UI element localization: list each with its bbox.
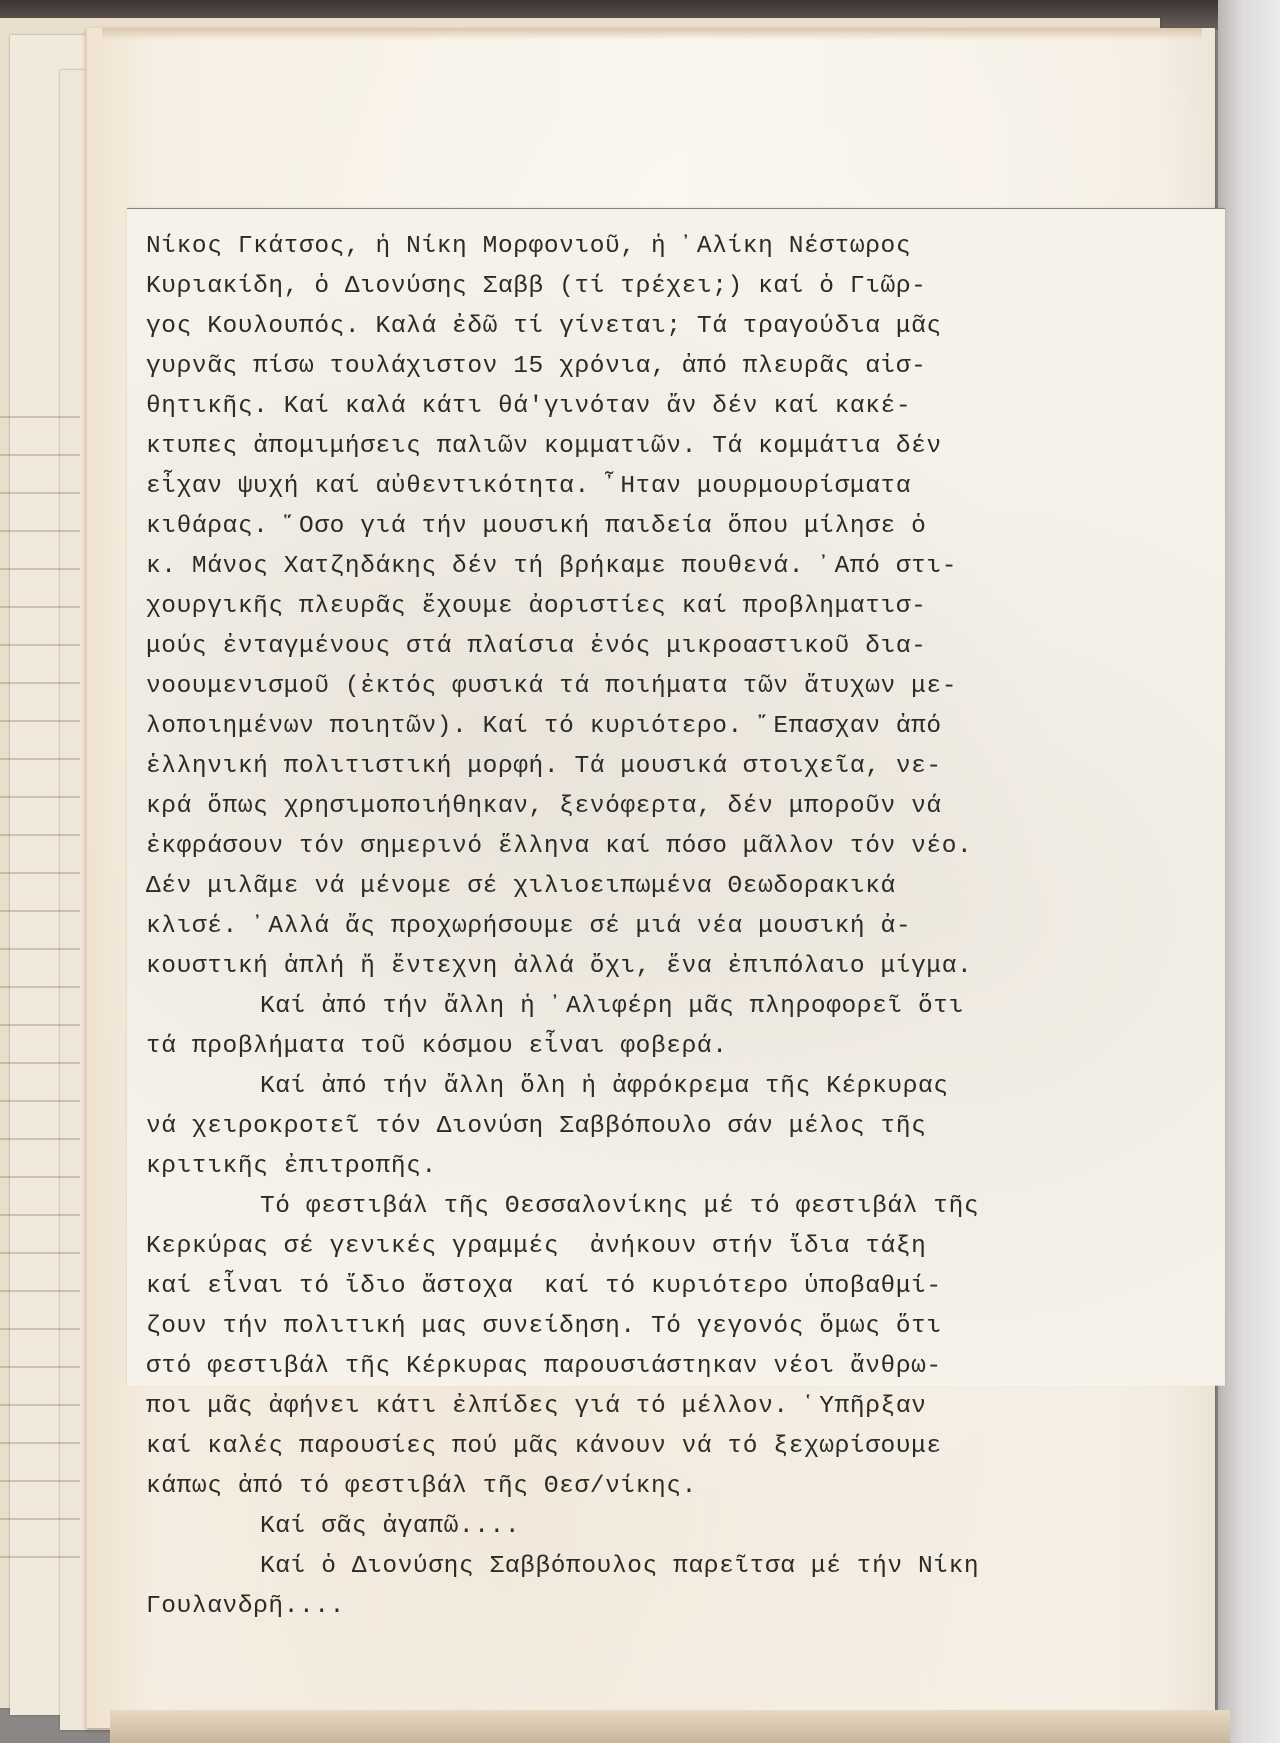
text-line: ἐκφράσουν τόν σημερινό ἕλληνα καί πόσο μ… (146, 827, 1221, 867)
text-line: κιθάρας. ῞Οσο γιά τήν μουσική παιδεία ὅπ… (146, 507, 1221, 547)
text-line: νοουμενισμοῦ (ἐκτός φυσικά τά ποιήματα τ… (146, 667, 1221, 707)
text-line: κριτικῆς ἐπιτροπῆς. (146, 1147, 1221, 1187)
text-line: ποι μᾶς ἀφήνει κάτι ἐλπίδες γιά τό μέλλο… (146, 1387, 1221, 1427)
text-line: Καί ὁ Διονύσης Σαββόπουλος παρεῖτσα μέ τ… (146, 1547, 1221, 1587)
text-line: στό φεστιβάλ τῆς Κέρκυρας παρουσιάστηκαν… (146, 1347, 1221, 1387)
text-line: κτυπες ἀπομιμήσεις παλιῶν κομματιῶν. Τά … (146, 427, 1221, 467)
sheet-stack-edges (0, 380, 80, 1580)
text-line: κάπως ἀπό τό φεστιβάλ τῆς Θεσ/νίκης. (146, 1467, 1221, 1507)
text-line: κλισέ. ᾿Αλλά ἄς προχωρήσουμε σέ μιά νέα … (146, 907, 1221, 947)
text-line: γος Κουλουπός. Καλά ἐδῶ τί γίνεται; Τά τ… (146, 307, 1221, 347)
torn-bottom-edge (110, 1710, 1230, 1743)
text-line: κ. Μάνος Χατζηδάκης δέν τή βρήκαμε πουθε… (146, 547, 1221, 587)
text-line: καί εἶναι τό ἴδιο ἄστοχα καί τό κυριότερ… (146, 1267, 1221, 1307)
torn-top-edge (102, 28, 1202, 40)
text-line: Κυριακίδη, ὁ Διονύσης Σαββ (τί τρέχει;) … (146, 267, 1221, 307)
text-line: κρά ὅπως χρησιμοποιήθηκαν, ξενόφερτα, δέ… (146, 787, 1221, 827)
typewritten-text: Νίκος Γκάτσος, ἡ Νίκη Μορφονιοῦ, ἡ ᾿Αλίκ… (146, 227, 1221, 1627)
text-line: καί καλές παρουσίες πού μᾶς κάνουν νά τό… (146, 1427, 1221, 1467)
text-line: Νίκος Γκάτσος, ἡ Νίκη Μορφονιοῦ, ἡ ᾿Αλίκ… (146, 227, 1221, 267)
text-line: νά χειροκροτεῖ τόν Διονύση Σαββόπουλο σά… (146, 1107, 1221, 1147)
text-line: μούς ἐνταγμένους στά πλαίσια ἑνός μικροα… (146, 627, 1221, 667)
text-line: Τό φεστιβάλ τῆς Θεσσαλονίκης μέ τό φεστι… (146, 1187, 1221, 1227)
text-line: Δέν μιλᾶμε νά μένομε σέ χιλιοειπωμένα Θε… (146, 867, 1221, 907)
text-line: ἑλληνική πολιτιστική μορφή. Τά μουσικά σ… (146, 747, 1221, 787)
scan-background-edge (1218, 0, 1280, 1743)
text-line: τά προβλήματα τοῦ κόσμου εἶναι φοβερά. (146, 1027, 1221, 1067)
text-line: γυρνᾶς πίσω τουλάχιστον 15 χρόνια, ἀπό π… (146, 347, 1221, 387)
text-line: θητικῆς. Καί καλά κάτι θά'γινόταν ἄν δέν… (146, 387, 1221, 427)
pasted-clipping: Νίκος Γκάτσος, ἡ Νίκη Μορφονιοῦ, ἡ ᾿Αλίκ… (127, 208, 1225, 1385)
text-line: εἶχαν ψυχή καί αὐθεντικότητα. ῏Ηταν μουρ… (146, 467, 1221, 507)
text-line: Κερκύρας σέ γενικές γραμμές ἀνήκουν στήν… (146, 1227, 1221, 1267)
text-line: Καί ἀπό τήν ἄλλη ἡ ᾿Αλιφέρη μᾶς πληροφορ… (146, 987, 1221, 1027)
text-line: ζουν τήν πολιτική μας συνείδηση. Τό γεγο… (146, 1307, 1221, 1347)
text-line: Καί ἀπό τήν ἄλλη ὅλη ἡ ἀφρόκρεμα τῆς Κέρ… (146, 1067, 1221, 1107)
text-line: Γουλανδρῆ.... (146, 1587, 1221, 1627)
text-line: χουργικῆς πλευρᾶς ἔχουμε ἀοριστίες καί π… (146, 587, 1221, 627)
text-line: κουστική ἁπλή ἤ ἔντεχνη ἀλλά ὄχι, ἕνα ἐπ… (146, 947, 1221, 987)
text-line: Καί σᾶς ἀγαπῶ.... (146, 1507, 1221, 1547)
text-line: λοποιημένων ποιητῶν). Καί τό κυριότερο. … (146, 707, 1221, 747)
